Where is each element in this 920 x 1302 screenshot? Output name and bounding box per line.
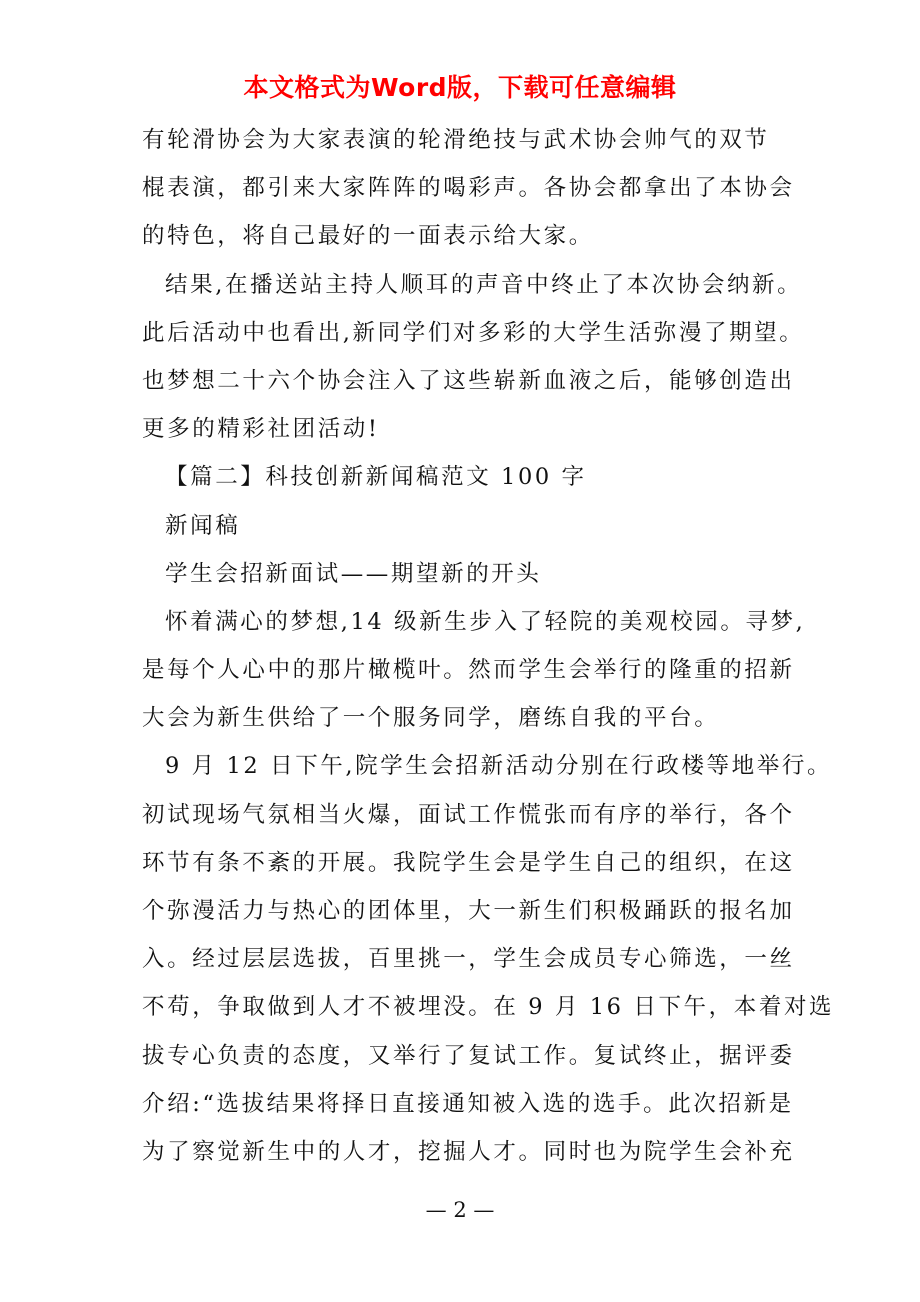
- text-line: 环节有条不紊的开展。我院学生会是学生自己的组织，在这: [142, 839, 782, 887]
- paragraph-start-line: 9 月 12 日下午,院学生会招新活动分别在行政楼等地举行。: [142, 742, 782, 790]
- paragraph-start-line: 结果,在播送站主持人顺耳的声音中终止了本次协会纳新。: [142, 261, 782, 309]
- paragraph-start-line: 怀着满心的梦想,14 级新生步入了轻院的美观校园。寻梦,: [142, 598, 782, 646]
- subheading-news: 新闻稿: [142, 502, 782, 550]
- text-line: 不苟，争取做到人才不被埋没。在 9 月 16 日下午，本着对选: [142, 983, 782, 1031]
- text-line: 的特色，将自己最好的一面表示给大家。: [142, 212, 782, 260]
- text-line: 有轮滑协会为大家表演的轮滑绝技与武术协会帅气的双节: [142, 116, 782, 164]
- text-line: 初试现场气氛相当火爆，面试工作慌张而有序的举行，各个: [142, 791, 782, 839]
- text-line: 更多的精彩社团活动!: [142, 405, 782, 453]
- text-line: 棍表演，都引来大家阵阵的喝彩声。各协会都拿出了本协会: [142, 164, 782, 212]
- section-heading: 【篇二】科技创新新闻稿范文 100 字: [142, 453, 782, 501]
- text-line: 此后活动中也看出,新同学们对多彩的大学生活弥漫了期望。: [142, 309, 782, 357]
- document-body: 有轮滑协会为大家表演的轮滑绝技与武术协会帅气的双节 棍表演，都引来大家阵阵的喝彩…: [142, 116, 782, 1176]
- text-line: 大会为新生供给了一个服务同学，磨练自我的平台。: [142, 694, 782, 742]
- text-line: 个弥漫活力与热心的团体里，大一新生们积极踊跃的报名加: [142, 887, 782, 935]
- article-title: 学生会招新面试——期望新的开头: [142, 550, 782, 598]
- text-line: 为了察觉新生中的人才，挖掘人才。同时也为院学生会补充: [142, 1128, 782, 1176]
- text-line: 是每个人心中的那片橄榄叶。然而学生会举行的隆重的招新: [142, 646, 782, 694]
- document-page: 本文格式为Word版，下载可任意编辑 有轮滑协会为大家表演的轮滑绝技与武术协会帅…: [0, 0, 920, 1302]
- text-line: 也梦想二十六个协会注入了这些崭新血液之后，能够创造出: [142, 357, 782, 405]
- text-line: 入。经过层层选拔，百里挑一，学生会成员专心筛选，一丝: [142, 935, 782, 983]
- text-line: 拔专心负责的态度，又举行了复试工作。复试终止，据评委: [142, 1032, 782, 1080]
- download-banner: 本文格式为Word版，下载可任意编辑: [0, 66, 920, 110]
- text-line: 介绍:“选拔结果将择日直接通知被入选的选手。此次招新是: [142, 1080, 782, 1128]
- page-number: — 2 —: [0, 1192, 920, 1228]
